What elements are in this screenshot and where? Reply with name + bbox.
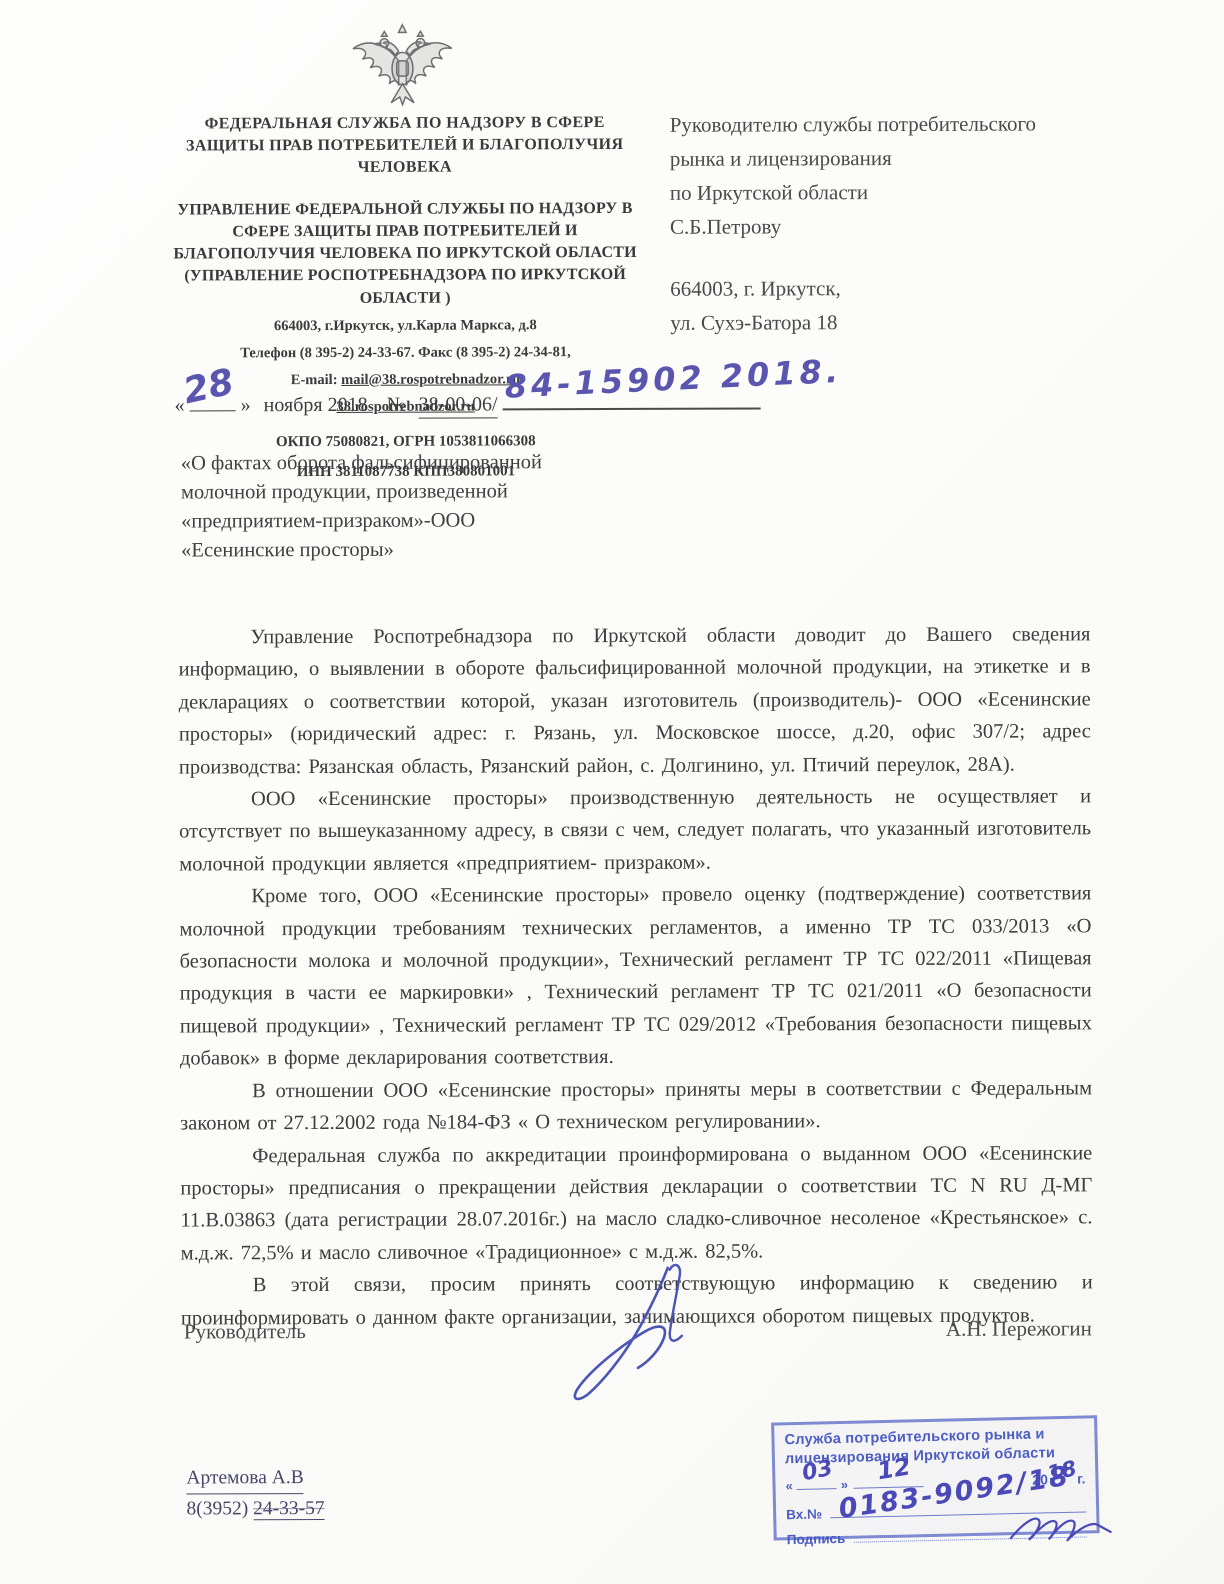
body-paragraph-4: В отношении ООО «Есенинские просторы» пр… [180,1072,1092,1140]
subject-line: молочной продукции, произведенной [181,477,641,508]
number-sign: № [387,394,406,417]
subject-line: «О фактах оборота фальсифицированной [181,448,641,479]
recipient-address-line: ул. Сухэ-Батора 18 [670,304,1090,339]
stamp-signature-row: Подпись [787,1525,1087,1548]
executor-phone-prefix: 8(3952) [186,1498,253,1519]
subject-line: «Есенинские просторы» [181,535,641,566]
body-paragraph-2: ООО «Есенинские просторы» производственн… [179,780,1091,880]
recipient-name: С.Б.Петрову [670,208,1090,243]
stamp-signature-label: Подпись [787,1531,846,1547]
recipient-line: Руководителю службы потребительского [670,106,1090,141]
registration-stamp: Служба потребительского рынка и лицензир… [771,1415,1100,1540]
stamp-in-label: Вх.№ [786,1507,822,1523]
letterhead-phone-fax: Телефон (8 395-2) 24-33-67. Факс (8 395-… [166,342,644,365]
email-label: E-mail: [291,372,341,388]
quote-close: » [241,394,251,417]
subject-block: «О фактах оборота фальсифицированной мол… [181,448,641,566]
stamp-quote-open: « [785,1478,793,1493]
recipient-block: Руководителю службы потребительского рын… [670,106,1091,339]
stamp-handwritten-day: 03 [800,1456,835,1487]
number-blank-line: 84-15902 2018. [502,385,760,410]
sign-off-row: Руководитель А.Н. Пережогин [184,1316,1092,1344]
stamp-handwritten-month: 12 [876,1453,913,1486]
recipient-line: рынка и лицензирования [670,140,1090,175]
body-paragraph-3: Кроме того, ООО «Есенинские просторы» пр… [179,878,1092,1076]
stamp-day-blank: 03 [797,1474,837,1490]
russian-coat-of-arms-icon [345,17,459,113]
body-paragraph-1: Управление Роспотребнадзора по Иркутской… [178,618,1091,783]
signer-name: А.Н. Пережогин [946,1316,1092,1342]
executor-phone-number: 24-33-57 [253,1498,325,1520]
outgoing-number-printed: 38-00-06/ [419,393,498,418]
recipient-address-line: 664003, г. Иркутск, [670,270,1090,305]
stamp-quote-close: » [841,1477,849,1492]
letterhead-address: 664003, г.Иркутск, ул.Карла Маркса, д.8 [166,315,644,338]
month-year: ноября 2018 [264,394,368,417]
quote-open: « [175,394,185,417]
day-blank-line: 28 [190,388,236,411]
reference-line: « 28 » ноября 2018 № 38-00-06/ 84-15902 … [175,384,1105,433]
letterhead-department: УПРАВЛЕНИЕ ФЕДЕРАЛЬНОЙ СЛУЖБЫ ПО НАДЗОРУ… [166,198,644,310]
stamp-signature-scribble-icon [1004,1502,1115,1551]
letter-body: Управление Роспотребнадзора по Иркутской… [178,618,1092,1334]
letterhead-email: mail@38.rospotrebnadzor.ru [341,371,520,388]
handwritten-day: 28 [180,362,238,413]
executor-block: Артемова А.В 8(3952) 24-33-57 [186,1463,324,1524]
letterhead-agency: ФЕДЕРАЛЬНАЯ СЛУЖБА ПО НАДЗОРУ В СФЕРЕ ЗА… [166,112,644,180]
subject-line: «предприятием-призраком»-ООО [181,506,641,537]
signer-title: Руководитель [184,1319,306,1344]
executor-name: Артемова А.В [186,1463,303,1494]
body-paragraph-5: Федеральная служба по аккредитации проин… [180,1137,1092,1270]
recipient-line: по Иркутской области [670,174,1090,209]
scanned-letter-page: ФЕДЕРАЛЬНАЯ СЛУЖБА ПО НАДЗОРУ В СФЕРЕ ЗА… [0,0,1224,1584]
